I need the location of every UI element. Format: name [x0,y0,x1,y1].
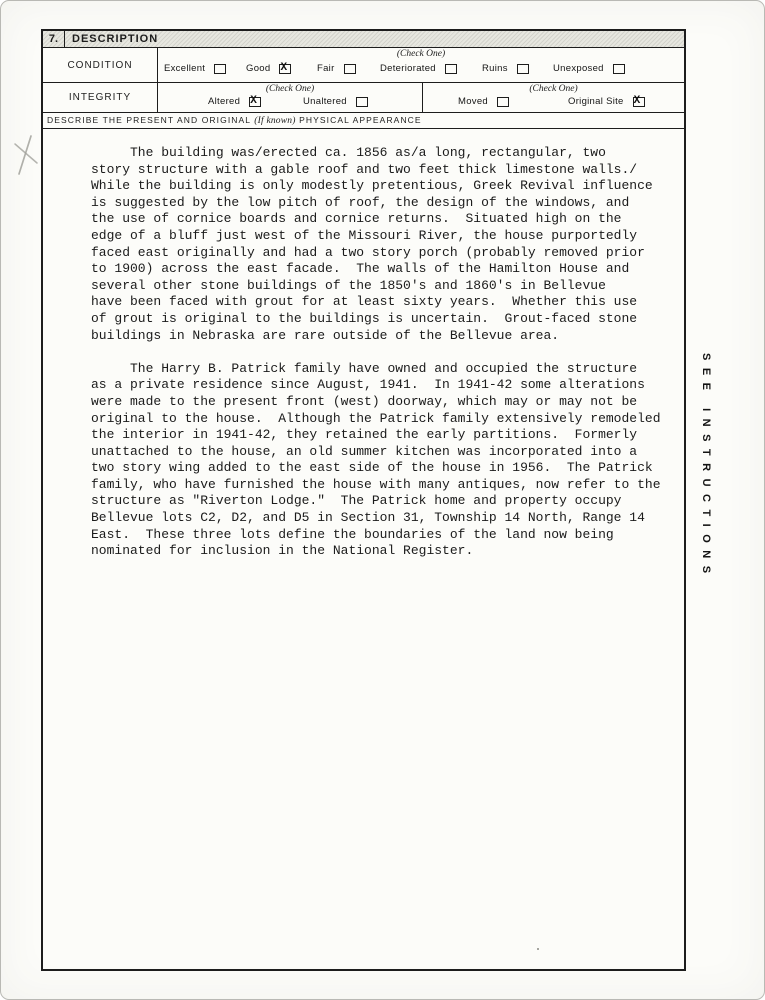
text-line: The Harry B. Patrick family have owned a… [91,361,661,378]
text-line: structure as "Riverton Lodge." The Patri… [91,493,661,510]
checkbox-original-site-checked [633,97,645,107]
integrity-row: INTEGRITY (Check One) AlteredUnaltered (… [43,83,684,113]
checkbox-option-fair: Fair [317,63,356,74]
scanned-document-page: 7. DESCRIPTION CONDITION (Check One) Exc… [0,0,765,1000]
checkbox-unaltered [356,97,368,107]
section-title: DESCRIPTION [72,31,158,47]
section-number: 7. [43,31,65,47]
condition-options-cell: (Check One) ExcellentGoodFairDeteriorate… [158,48,684,82]
text-line: nominated for inclusion in the National … [91,543,661,560]
text-line: While the building is only modestly pret… [91,178,661,195]
text-line: original to the house. Although the Patr… [91,411,661,428]
checkbox-option-label: Excellent [164,63,205,74]
section-header-bar: 7. DESCRIPTION [43,31,684,48]
text-line: The building was/erected ca. 1856 as/a l… [91,145,661,162]
text-line: several other stone buildings of the 185… [91,278,661,295]
checkbox-fair [344,64,356,74]
checkbox-option-good: Good [246,63,291,74]
text-line: faced east originally and had a two stor… [91,245,661,262]
describe-instruction: DESCRIBE THE PRESENT AND ORIGINAL (If kn… [47,115,422,126]
describe-row: DESCRIBE THE PRESENT AND ORIGINAL (If kn… [43,113,684,129]
checkbox-deteriorated [445,64,457,74]
text-line: the interior in 1941-42, they retained t… [91,427,661,444]
text-line: the use of cornice boards and cornice re… [91,211,661,228]
checkbox-option-unexposed: Unexposed [553,63,625,74]
text-line: two story wing added to the east side of… [91,460,661,477]
checkbox-option-deteriorated: Deteriorated [380,63,457,74]
checkbox-option-unaltered: Unaltered [303,96,368,107]
checkbox-option-altered: Altered [208,96,261,107]
see-instructions-vertical-label: SEE INSTRUCTIONS [700,353,712,581]
checkbox-option-label: Fair [317,63,335,74]
integrity-options-row-2: MovedOriginal Site [423,96,684,112]
checkbox-altered-checked [249,97,261,107]
typewritten-description-text: The building was/erected ca. 1856 as/a l… [91,145,661,576]
condition-row: CONDITION (Check One) ExcellentGoodFairD… [43,48,684,83]
text-line: as a private residence since August, 194… [91,377,661,394]
condition-check-one-label: (Check One) [158,49,684,59]
describe-suffix: PHYSICAL APPEARANCE [296,115,422,125]
checkbox-unexposed [613,64,625,74]
checkbox-option-moved: Moved [458,96,509,107]
body-paragraph-1: The building was/erected ca. 1856 as/a l… [91,145,661,344]
integrity-group-altered: (Check One) AlteredUnaltered [158,83,423,112]
checkbox-option-excellent: Excellent [164,63,226,74]
describe-prefix: DESCRIBE THE PRESENT AND ORIGINAL [47,115,254,125]
text-line: unattached to the house, an old summer k… [91,444,661,461]
checkbox-ruins [517,64,529,74]
condition-label: CONDITION [43,48,158,82]
integrity-group-moved: (Check One) MovedOriginal Site [423,83,684,112]
checkbox-option-ruins: Ruins [482,63,529,74]
text-line: East. These three lots define the bounda… [91,527,661,544]
form-section-7-box: 7. DESCRIPTION CONDITION (Check One) Exc… [41,29,686,971]
checkbox-moved [497,97,509,107]
integrity-check-one-label-1: (Check One) [158,84,422,94]
text-line: Bellevue lots C2, D2, and D5 in Section … [91,510,661,527]
text-line: of grout is original to the buildings is… [91,311,661,328]
checkbox-good-checked [279,64,291,74]
text-line: have been faced with grout for at least … [91,294,661,311]
text-line: family, who have furnished the house wit… [91,477,661,494]
checkbox-excellent [214,64,226,74]
checkbox-option-label: Altered [208,96,240,107]
text-line: story structure with a gable roof and tw… [91,162,661,179]
text-line: to 1900) across the east facade. The wal… [91,261,661,278]
integrity-label: INTEGRITY [43,83,158,112]
scan-speck [537,948,539,950]
checkbox-option-original-site: Original Site [568,96,645,107]
text-line: is suggested by the low pitch of roof, t… [91,195,661,212]
checkbox-option-label: Ruins [482,63,508,74]
checkbox-option-label: Unaltered [303,96,347,107]
checkbox-option-label: Moved [458,96,488,107]
pencil-x-mark [10,131,44,179]
checkbox-option-label: Deteriorated [380,63,436,74]
checkbox-option-label: Good [246,63,270,74]
integrity-check-one-label-2: (Check One) [423,84,684,94]
text-line: edge of a bluff just west of the Missour… [91,228,661,245]
text-line: were made to the present front (west) do… [91,394,661,411]
checkbox-option-label: Unexposed [553,63,604,74]
text-line: buildings in Nebraska are rare outside o… [91,328,661,345]
body-paragraph-2: The Harry B. Patrick family have owned a… [91,361,661,560]
describe-if-known: (If known) [254,116,295,126]
checkbox-option-label: Original Site [568,96,624,107]
condition-options-row: ExcellentGoodFairDeterioratedRuinsUnexpo… [158,63,684,79]
integrity-options-row-1: AlteredUnaltered [158,96,422,112]
